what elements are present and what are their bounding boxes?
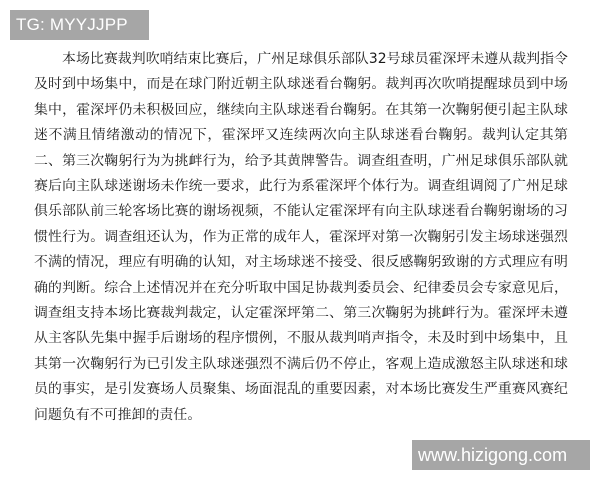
watermark-label-bottom: www.hizigong.com <box>412 440 590 470</box>
article-paragraph: 本场比赛裁判吹哨结束比赛后，广州足球俱乐部队32号球员霍深坪未遵从裁判指令及时到… <box>34 47 568 428</box>
watermark-label-top: TG: MYYJJPP <box>10 10 149 40</box>
